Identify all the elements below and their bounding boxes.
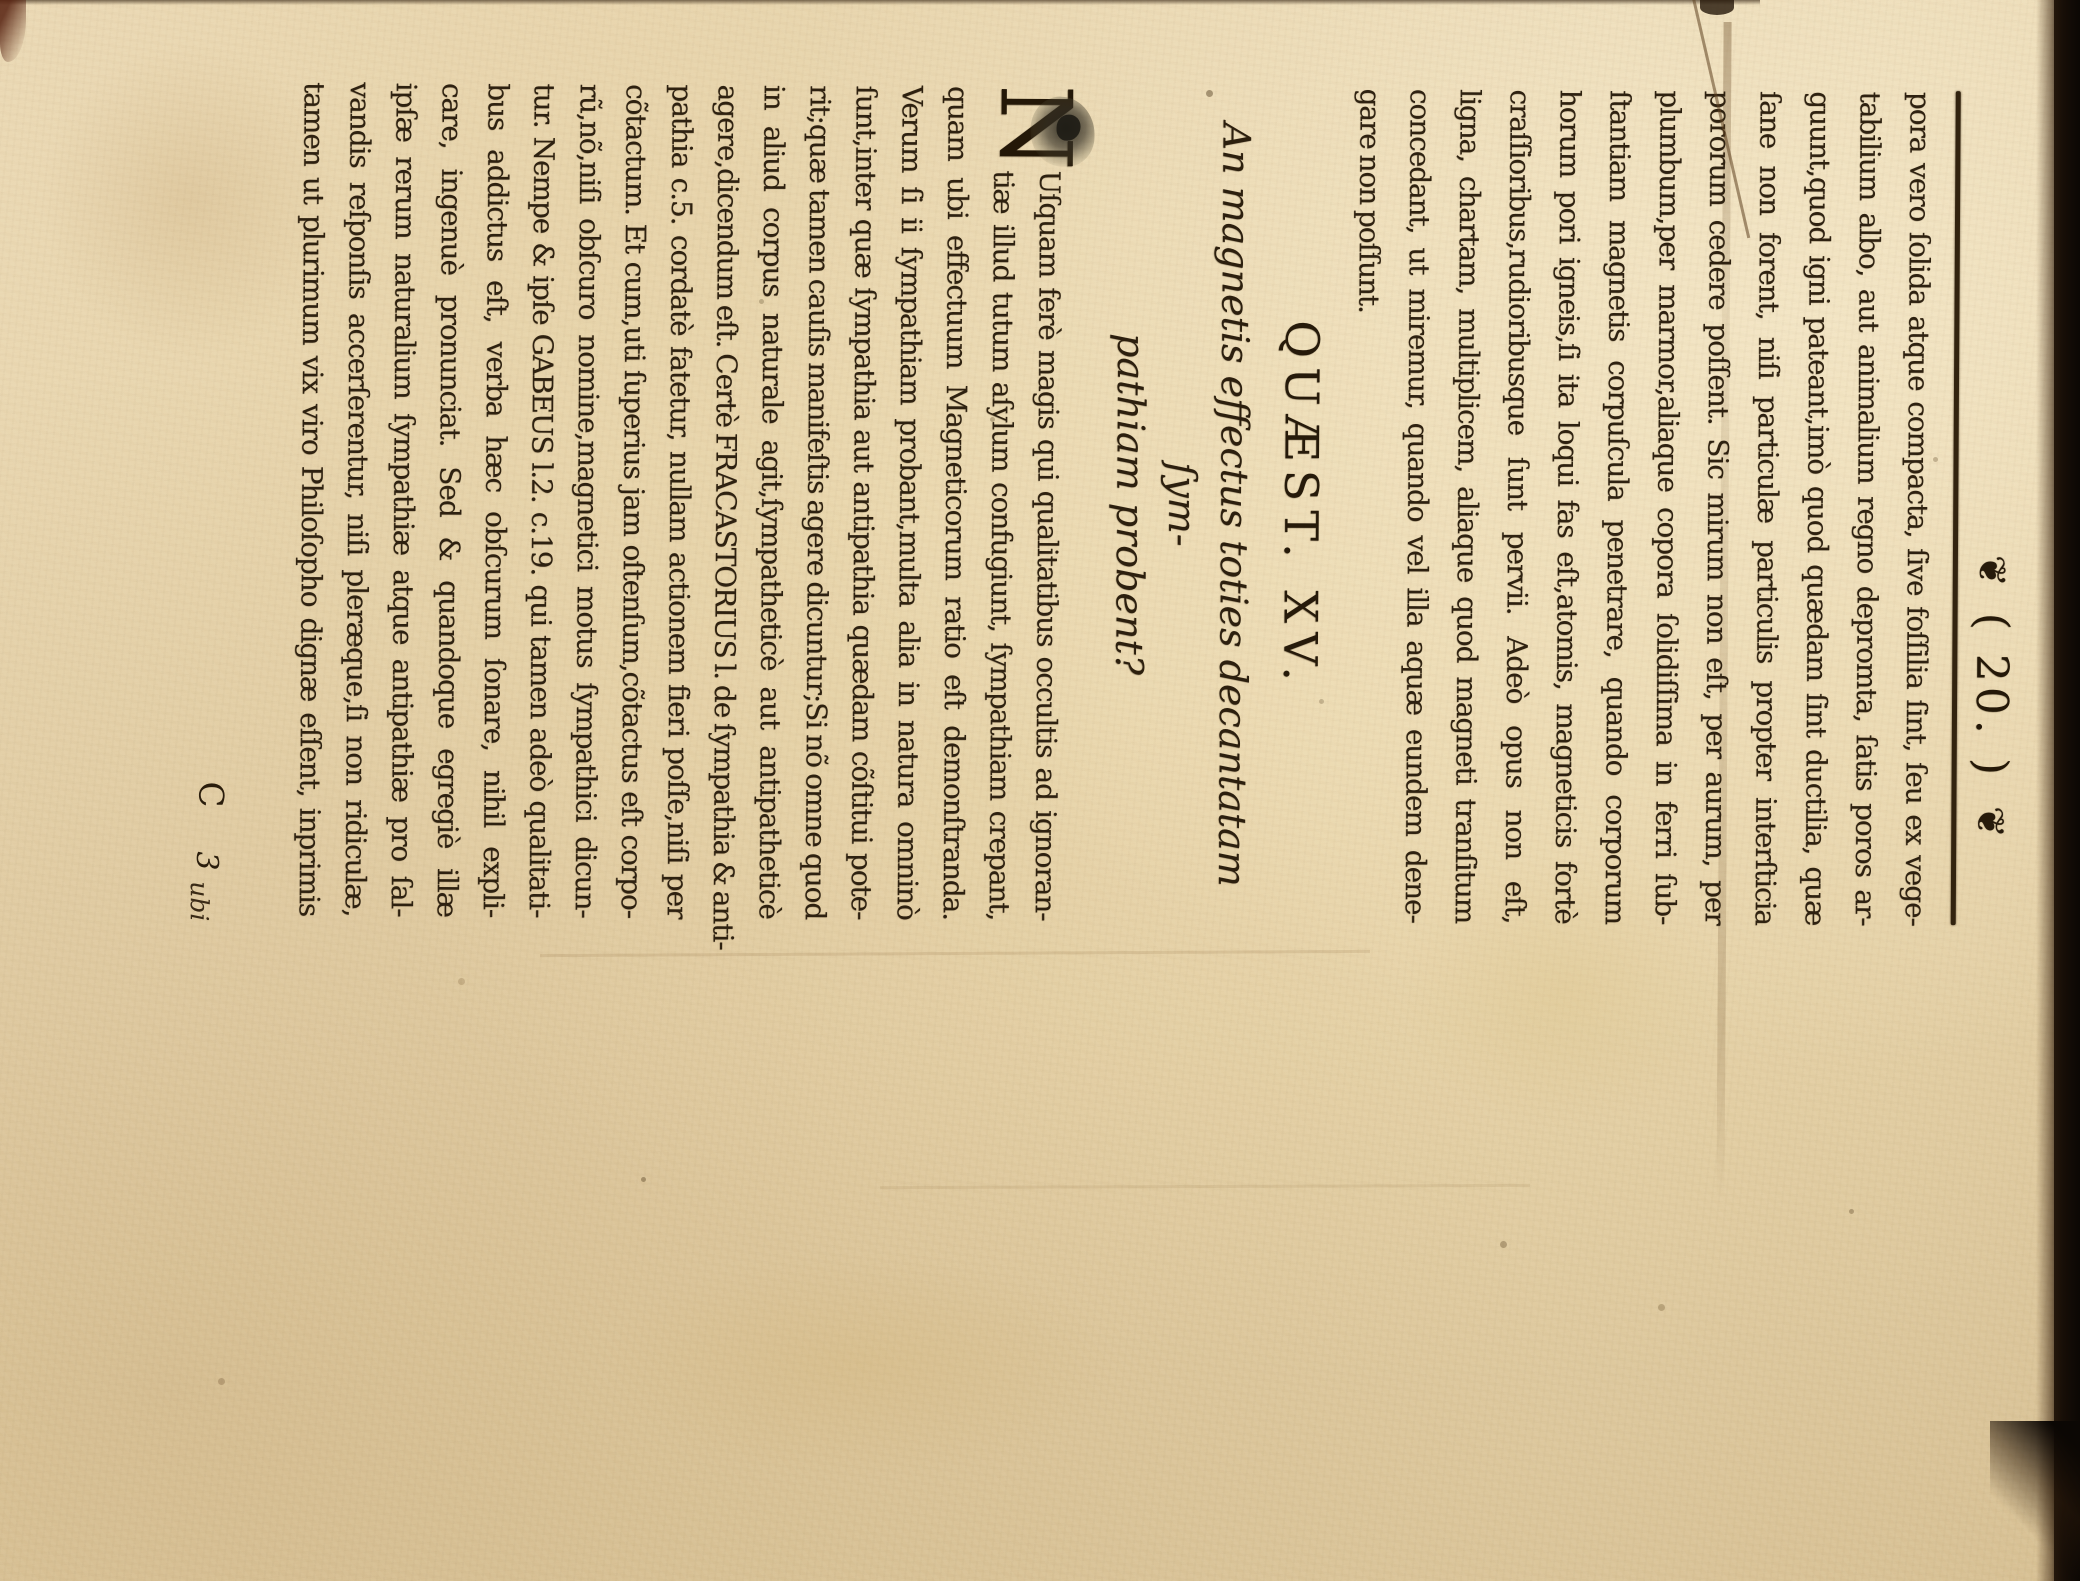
text-line: tamen ut plurimum vix viro Philoſopho di… <box>285 81 336 915</box>
text-line: Verum ſi ii ſympathiam probant,multa ali… <box>883 85 934 919</box>
text-line: gare non poſſunt. <box>1339 88 1394 922</box>
scan-top-right-mark <box>1700 0 1734 15</box>
fleuron-ornament-icon: ❦ <box>1973 554 2011 586</box>
scan-top-edge <box>0 0 1760 5</box>
text-line: tur. Nempe & ipſe GABEUS l.2. c.19. qui … <box>515 83 566 917</box>
text-line: ſunt,inter quæ ſympathia aut antipathia … <box>837 85 888 919</box>
text-line: horum pori igneis,ſi ita loqui fas eſt,a… <box>1539 89 1594 923</box>
text-line: cõtactum. Et cum,uti ſuperius jam oſtenſ… <box>607 83 658 917</box>
rotated-page-content: ❦ ( 20. ) ❦ pora vero ſolida atque compa… <box>0 0 2080 1581</box>
text-line: tabilium albo, aut animalium regno depro… <box>1839 91 1894 925</box>
text-line: quam ubi effectuum Magneticorum ratio eſ… <box>929 85 980 919</box>
text-line: plumbum,per marmor,aliaque copora ſolidi… <box>1639 90 1694 924</box>
paragraph-continuation: pora vero ſolida atque compacta, ſive fo… <box>1339 88 1944 926</box>
text-line: in aliud corpus naturale agit,ſympatheti… <box>745 84 796 918</box>
signature-number: 3 <box>188 851 223 870</box>
text-line: ſtantiam magnetis corpuſcula penetrare, … <box>1589 89 1644 923</box>
text-line: guunt,quod igni pateant,imò quod quædam … <box>1789 91 1844 925</box>
section-heading: QUÆST. XV. <box>1271 87 1330 921</box>
text-line: agere,dicendum eſt. Certè FRACASTORIUS l… <box>699 84 750 918</box>
text-line: ligna, chartam, multiplicem, aliaque quo… <box>1439 88 1494 922</box>
text-line: concedant, ut miremur, quando vel illa a… <box>1389 88 1444 922</box>
text-line: pathiam probent? <box>1101 86 1158 920</box>
scanned-book-page: ❦ ( 20. ) ❦ pora vero ſolida atque compa… <box>0 0 2080 1581</box>
text-line: bus addictus eſt, verba hæc obſcurum ſon… <box>469 83 520 917</box>
page-number: ( 20. ) <box>1965 612 2017 780</box>
scan-right-edge <box>2036 0 2080 1581</box>
text-line: An magnetis effectus toties decantatam ſ… <box>1153 87 1262 922</box>
signature-letter: C <box>190 781 230 807</box>
question-title: An magnetis effectus toties decantatam ſ… <box>1101 86 1262 921</box>
text-line: ipſæ rerum naturalium ſympathiæ atque an… <box>377 82 428 916</box>
text-line: vandis reſponſis accerſerentur, niſi ple… <box>331 82 382 916</box>
text-line: rit;quæ tamen cauſis manifeſtis agere di… <box>791 84 842 918</box>
text-line: tiæ illud tutum aſylum confugiunt, ſympa… <box>975 86 1026 920</box>
header-rule <box>1950 91 1960 925</box>
paragraph-body: Uſquam ferè magis qui qualitatibus occul… <box>285 81 1072 920</box>
text-line: ſane non forent, niſi particulæ particul… <box>1739 90 1794 924</box>
fleuron-ornament-icon: ❦ <box>1971 805 2009 837</box>
text-line: craſſioribus,rudioribusque ſunt pervii. … <box>1489 89 1544 923</box>
text-line: pathia c.5. cordatè fatetur, nullam acti… <box>653 84 704 918</box>
page-header: ❦ ( 20. ) ❦ <box>1964 506 2017 886</box>
text-line: care, ingenuè pronunciat. Sed & quandoqu… <box>423 82 474 916</box>
text-line: pororum cedere poſſent. Sic mirum non eſ… <box>1689 90 1744 924</box>
scan-bottom-right-corner <box>1990 1421 2080 1581</box>
text-line: pora vero ſolida atque compacta, ſive fo… <box>1889 91 1944 925</box>
text-line: Uſquam ferè magis qui qualitatibus occul… <box>1021 86 1072 920</box>
text-line: rũ,nõ,niſi obſcuro nomine,magnetici motu… <box>561 83 612 917</box>
